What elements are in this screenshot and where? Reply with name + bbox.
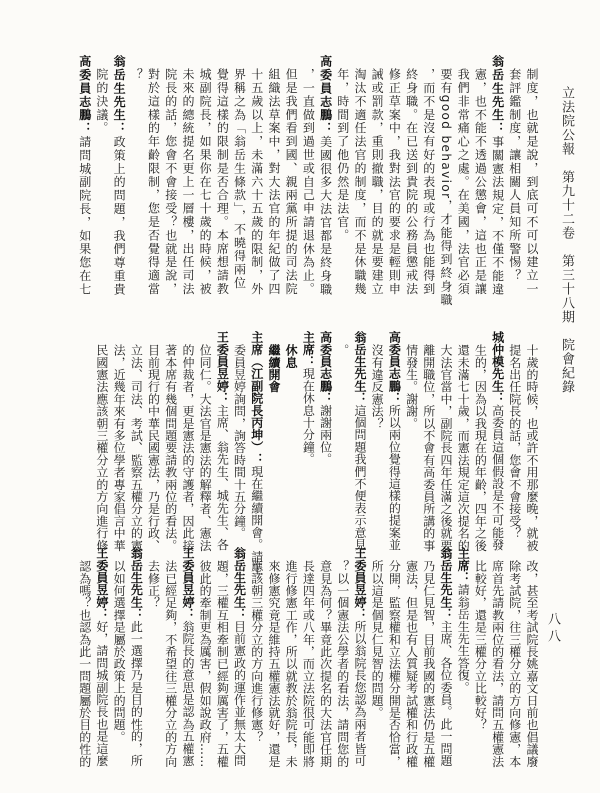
speech-text: 謝謝兩位。 bbox=[319, 404, 333, 465]
speech-text: 現在休息十分鐘。 bbox=[301, 368, 315, 466]
speaker-name: 王委員昱婷： bbox=[95, 547, 109, 620]
text-column: 制度，也就是說，到底可不可以建立一 bbox=[523, 55, 540, 325]
text-column: 著本席有幾個問題要請教兩位的看法。 bbox=[162, 331, 179, 547]
text-column: 法已經足夠，不希望往三權分立的方向 bbox=[162, 547, 179, 765]
text-column: 生的，因為以我現在的年齡，四年之後 bbox=[471, 331, 488, 547]
text-column: 情發生。謝謝。 bbox=[402, 331, 419, 547]
text-column: 的仲裁者，更是憲法的守護者，因此接 bbox=[179, 331, 196, 547]
text-column: 對於這樣的年齡限制，您是否覺得適當 bbox=[144, 55, 161, 325]
text-column: 翁岳生先生：政策上的問題，我們尊重貴 bbox=[110, 55, 127, 325]
speaker-name: 休息 bbox=[284, 344, 298, 368]
speech-text: 高委員這個假設是不可能發 bbox=[491, 404, 505, 550]
speech-text: 所以兩位覺得這樣的提案並 bbox=[387, 404, 401, 550]
text-column: 高委員志鵬：請問城副院長，如果您在七 bbox=[76, 55, 93, 325]
text-column: ，而不是沒有好的表現或行為也能得到 bbox=[420, 55, 437, 325]
text-column: 主席（江副院長丙坤）：現在繼續開會。請王 bbox=[248, 331, 265, 547]
text-column: 翁岳生先生：目前憲政的運作並無太大問 bbox=[230, 547, 247, 765]
text-column: 沒有違反憲法？ bbox=[368, 331, 385, 547]
speaker-name: 高委員志鵬： bbox=[319, 55, 333, 135]
text-column: 組織法草案中，對大法官的年紀做了四 bbox=[265, 55, 282, 325]
speech-text: 主席、翁先生、城先生、各 bbox=[215, 404, 229, 550]
text-column: 翁岳生先生：事關憲法規定，不僅不能違 bbox=[488, 55, 505, 325]
speech-text: 翁院長的意思是認為五權憲 bbox=[181, 620, 195, 766]
text-column: 題，三權互相牽制已經夠厲害了，五權 bbox=[213, 547, 230, 765]
speaker-name: 翁岳生先生： bbox=[233, 547, 247, 620]
text-column: 以如何選擇是屬於政策上的問題。 bbox=[110, 547, 127, 765]
speech-text: 所以翁院長您認為兩者皆可 bbox=[353, 620, 367, 766]
text-column: 比較好，還是三權分立比較好？ bbox=[471, 547, 488, 765]
text-column: 。 bbox=[334, 331, 351, 547]
text-column: 意見為何？畢竟此次提名的大法官任期 bbox=[316, 547, 333, 765]
text-column: 民國憲法應該朝三權分立的方向進行修 bbox=[93, 331, 110, 547]
text-column: 高委員志鵬：謝謝兩位。 bbox=[316, 331, 333, 547]
text-column: 翁岳生先生：主席、各位委員。此一問題 bbox=[437, 547, 454, 765]
speech-text: 好，請問城副院長也是這麼 bbox=[95, 620, 109, 766]
text-column: 城副院長，如果你在七十歲的時候，被 bbox=[196, 55, 213, 325]
speaker-name: 高委員志鵬： bbox=[78, 55, 92, 135]
text-column: 法，近幾年來有多位學者專家倡言中華 bbox=[110, 331, 127, 547]
text-column: 院長的話，您會不會接受？也就是說， bbox=[162, 55, 179, 325]
text-column: 憲，也不能不透過公懲會，這也正是讓 bbox=[471, 55, 488, 325]
journal-header: 立法院公報 第九十二卷 第三十八期 院會紀錄 bbox=[557, 86, 576, 386]
speaker-name: 王委員昱婷： bbox=[353, 547, 367, 620]
text-column: 離開職位，所以不會有高委員所講的事 bbox=[420, 331, 437, 547]
text-column: 席首先請教兩位的看法，請問五權憲法 bbox=[488, 547, 505, 765]
text-column: 套評鑑制度，讓相關人員知所警惕？ bbox=[506, 55, 523, 325]
text-column: 認為嗎？也認為此一問題屬於目的性的 bbox=[76, 547, 93, 765]
speech-text: 政策上的問題，我們尊重貴 bbox=[112, 135, 126, 296]
speaker-name: 翁岳生先生： bbox=[353, 331, 367, 404]
text-band-top: 制度，也就是說，到底可不可以建立一套評鑑制度，讓相關人員知所警惕？翁岳生先生：事… bbox=[76, 55, 540, 325]
text-column: 界稱之為「翁岳生條款」，不曉得兩位 bbox=[230, 55, 247, 325]
text-column: 高委員志鵬：所以兩位覺得這樣的提案並 bbox=[385, 331, 402, 547]
speaker-name: 繼續開會 bbox=[267, 344, 281, 393]
text-column: 十歲的時候，也或許不用那麼晚，就被 bbox=[523, 331, 540, 547]
speaker-name: 高委員志鵬： bbox=[387, 331, 401, 404]
speaker-name: 主席（江副院長丙坤）： bbox=[250, 331, 264, 465]
speaker-name: 主席： bbox=[456, 547, 470, 584]
text-column: 誡或罰款，重則撤職，目的就是要建立 bbox=[368, 55, 385, 325]
text-column: 修正草案中，我對法官的要求是輕則申 bbox=[385, 55, 402, 325]
text-column: 所以這是個見仁見智的問題。 bbox=[368, 547, 385, 765]
speech-text: 目前憲政的運作並無太大問 bbox=[233, 620, 247, 766]
text-column: 城仲模先生：高委員這個假設是不可能發 bbox=[488, 331, 505, 547]
text-column: 高委員志鵬：美國很多大法官都是終身職 bbox=[316, 55, 333, 325]
speech-text: 主席、各位委員。此一問題 bbox=[439, 620, 453, 766]
speech-text: 此一選擇乃是目的性的，所 bbox=[129, 620, 143, 766]
text-column: 未來的總統提名更上一層樓，出任司法 bbox=[179, 55, 196, 325]
text-column: 十五歲以上，未滿六十五歲的限制，外 bbox=[248, 55, 265, 325]
speaker-name: 城仲模先生： bbox=[491, 331, 505, 404]
text-column: 委員昱婷詢問，詢答時間十五分鐘。 bbox=[230, 331, 247, 547]
text-column: 去修正？ bbox=[144, 547, 161, 765]
text-column: 提名出任院長的話，您會不會接受？ bbox=[506, 331, 523, 547]
text-column: 立法、司法、考試、監察五權分立的憲 bbox=[127, 331, 144, 547]
text-band-middle: 十歲的時候，也或許不用那麼晚，就被提名出任院長的話，您會不會接受？城仲模先生：高… bbox=[93, 331, 540, 547]
speech-text: 事關憲法規定，不僅不能違 bbox=[491, 135, 505, 296]
text-column: 憲法，但是也有人質疑考試權和行政權 bbox=[402, 547, 419, 765]
speaker-name: 翁岳生先生： bbox=[491, 55, 505, 135]
text-column: 院的決議。 bbox=[93, 55, 110, 325]
text-column: 我們非常痛心之處。在美國，法官必須 bbox=[454, 55, 471, 325]
text-column: 王委員昱婷：翁院長的意思是認為五權憲 bbox=[179, 547, 196, 765]
text-column: ，一直做到過世或自己申請退休為止。 bbox=[299, 55, 316, 325]
text-column: 休息 bbox=[282, 331, 299, 547]
text-column: 位同仁。大法官是憲法的解釋者、憲法 bbox=[196, 331, 213, 547]
speech-text: 美國很多大法官都是終身職 bbox=[319, 135, 333, 296]
text-column: 分開，監察權和立法權分開是否恰當， bbox=[385, 547, 402, 765]
text-column: 年，時間到了他仍然是法官。 bbox=[334, 55, 351, 325]
text-column: 淘汰不適任法官的制度，而不是休職幾 bbox=[351, 55, 368, 325]
text-column: 改，甚至考試院長姚嘉文日前也倡議廢 bbox=[523, 547, 540, 765]
speaker-name: 王委員昱婷： bbox=[215, 331, 229, 404]
speaker-name: 主席： bbox=[301, 331, 315, 368]
text-column: 目前現行的中華民國憲法，乃是行政、 bbox=[144, 331, 161, 547]
text-column: ？以一個憲法公學者的看法，請問您的 bbox=[334, 547, 351, 765]
text-column: ？ bbox=[127, 55, 144, 325]
speaker-name: 翁岳生先生： bbox=[439, 547, 453, 620]
text-column: 長達四年或八年，而立法院很可能即將 bbox=[299, 547, 316, 765]
text-column: 彼此的牽制更為厲害，假如說政府…… bbox=[196, 547, 213, 765]
text-column: 來修憲究竟是維持五權憲法就好，還是 bbox=[265, 547, 282, 765]
text-column: 大法官當中，副院長四年任滿之後就要 bbox=[437, 331, 454, 547]
text-column: 還未滿七十歲，而憲法規定這次提名的 bbox=[454, 331, 471, 547]
speaker-name: 翁岳生先生： bbox=[112, 55, 126, 135]
text-column: 翁岳生先生：此一選擇乃是目的性的，所 bbox=[127, 547, 144, 765]
text-band-bottom: 改，甚至考試院長姚嘉文日前也倡議廢除考試院，往三權分立的方向修憲，本席首先請教兩… bbox=[76, 547, 540, 765]
text-column: 覺得這樣的限制是否合理。本席想請教 bbox=[213, 55, 230, 325]
text-column: 要有good behavior，才能得到終身職 bbox=[437, 55, 454, 325]
text-column: 進行修憲工作，所以就教於翁院長，未 bbox=[282, 547, 299, 765]
text-column: 主席：請翁岳生先生答復。 bbox=[454, 547, 471, 765]
text-column: 除考試院，往三權分立的方向修憲，本 bbox=[506, 547, 523, 765]
speech-text: 這個問題我們不便表示意見 bbox=[353, 404, 367, 550]
text-column: 王委員昱婷：主席、翁先生、城先生、各 bbox=[213, 331, 230, 547]
speaker-name: 翁岳生先生： bbox=[129, 547, 143, 620]
speaker-name: 王委員昱婷： bbox=[181, 547, 195, 620]
page-number: 八八 bbox=[543, 612, 562, 646]
text-column: 主席：現在休息十分鐘。 bbox=[299, 331, 316, 547]
text-column: 翁岳生先生：這個問題我們不便表示意見 bbox=[351, 331, 368, 547]
speech-text: 請翁岳生先生答復。 bbox=[456, 584, 470, 694]
speaker-name: 高委員志鵬： bbox=[319, 331, 333, 404]
text-column: 繼續開會 bbox=[265, 331, 282, 547]
text-column: 王委員昱婷：所以翁院長您認為兩者皆可 bbox=[351, 547, 368, 765]
gazette-page: 立法院公報 第九十二卷 第三十八期 院會紀錄 八八 制度，也就是說，到底可不可以… bbox=[0, 0, 600, 793]
text-column: 但是我們看到國、親兩黨所提的司法院 bbox=[282, 55, 299, 325]
text-column: 王委員昱婷：好，請問城副院長也是這麼 bbox=[93, 547, 110, 765]
speech-text: 請問城副院長，如果您在七 bbox=[78, 135, 92, 296]
text-column: 終身職。在已送到貴院的公務員懲戒法 bbox=[402, 55, 419, 325]
text-column: 應該朝三權分立的方向進行修憲？ bbox=[248, 547, 265, 765]
text-column: 乃見仁見智，目前我國的憲法仍是五權 bbox=[420, 547, 437, 765]
